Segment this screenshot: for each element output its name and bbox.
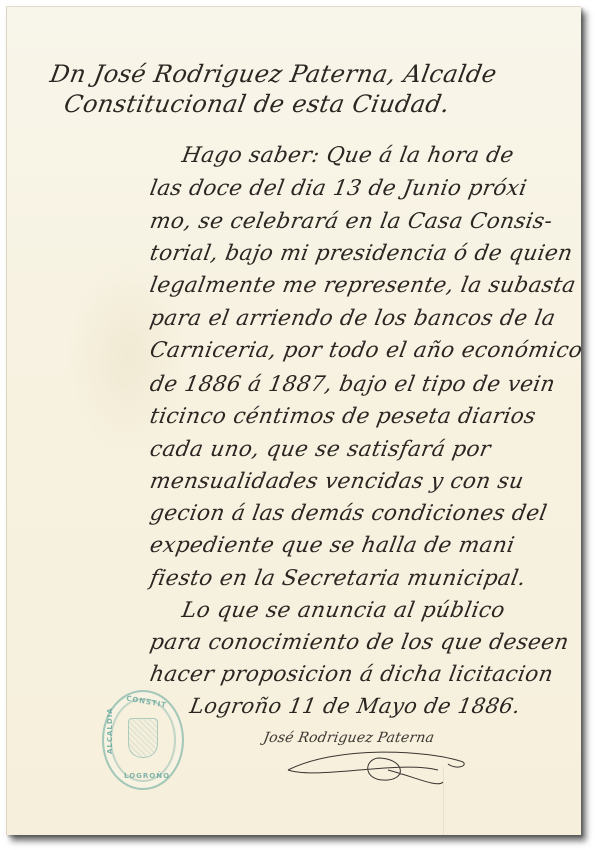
body-line-1: Hago saber: Que á la hora de — [180, 143, 516, 168]
body-line-3: mo, se celebrará en la Casa Consis- — [148, 209, 555, 234]
body-line-17: hacer proposicion á dicha licitacion — [148, 662, 555, 687]
body-line-7: Carniceria, por todo el año económico — [148, 338, 584, 363]
official-seal-stamp: CONSTIT ALCALDIA LOGROÑO — [102, 690, 184, 790]
header-line-1: Dn José Rodriguez Paterna, Alcalde — [48, 60, 499, 88]
stamp-side-text: ALCALDIA — [106, 707, 114, 754]
body-line-10: cada uno, que se satisfará por — [148, 437, 493, 462]
body-line-8: de 1886 á 1887, bajo el tipo de vein — [148, 372, 557, 397]
stamp-bottom-text: LOGROÑO — [124, 772, 170, 780]
body-line-11: mensualidades vencidas y con su — [148, 469, 526, 494]
body-line-9: ticinco céntimos de peseta diarios — [148, 404, 538, 429]
signature-flourish — [278, 740, 478, 790]
date-line: Logroño 11 de Mayo de 1886. — [188, 694, 522, 718]
body-line-13: expediente que se halla de mani — [148, 533, 517, 558]
body-line-15: Lo que se anuncia al público — [180, 598, 507, 623]
header-line-2: Constitucional de esta Ciudad. — [62, 90, 452, 118]
body-line-5: legalmente me represente, la subasta — [148, 273, 578, 298]
body-line-16: para conocimiento de los que deseen — [148, 630, 571, 655]
stamp-top-text: CONSTIT — [126, 694, 168, 709]
body-line-12: gecion á las demás condiciones del — [148, 501, 549, 526]
body-line-14: fiesto en la Secretaria municipal. — [148, 566, 528, 591]
body-line-2: las doce del dia 13 de Junio próxi — [148, 176, 529, 201]
body-line-4: torial, bajo mi presidencia ó de quien — [148, 241, 575, 266]
body-line-6: para el arriendo de los bancos de la — [148, 306, 557, 331]
coat-of-arms-icon — [128, 718, 158, 758]
